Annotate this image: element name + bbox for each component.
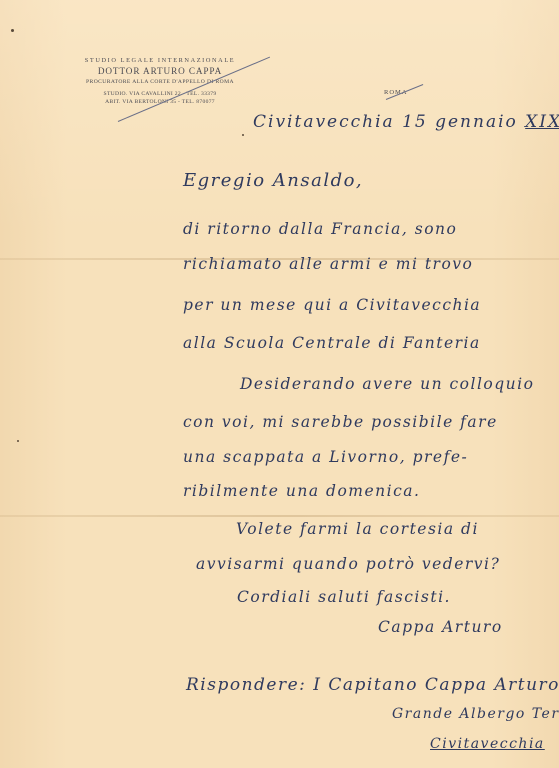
body-line: ribilmente una domenica. (183, 482, 420, 500)
reply-hotel: Grande Albergo Terme (392, 706, 559, 722)
body-line: Desiderando avere un colloquio (240, 375, 534, 393)
body-line: Volete farmi la cortesia di (236, 520, 479, 538)
body-line: per un mese qui a Civitavecchia (183, 296, 481, 314)
reply-instruction: Rispondere: I Capitano Cappa Arturo (186, 675, 559, 695)
paper-speck (242, 134, 244, 136)
date-place-day: Civitavecchia 15 gennaio (253, 112, 525, 132)
paper-speck (17, 440, 19, 442)
letterhead-firm: STUDIO LEGALE INTERNAZIONALE (55, 57, 265, 64)
body-line: di ritorno dalla Francia, sono (183, 220, 457, 238)
signature: Cappa Arturo (378, 618, 503, 636)
closing-line: Cordiali saluti fascisti. (237, 588, 451, 606)
paper-fold-line (0, 515, 559, 517)
letterhead-office-address: STUDIO. VIA CAVALLINI 22 - TEL. 33379 (55, 91, 265, 97)
letter-date: Civitavecchia 15 gennaio XIX (253, 112, 559, 132)
reply-city: Civitavecchia (430, 736, 545, 752)
letterhead: STUDIO LEGALE INTERNAZIONALE DOTTOR ARTU… (55, 57, 265, 107)
body-line: avvisarmi quando potrò vedervi? (196, 555, 500, 573)
body-line: alla Scuola Centrale di Fanteria (183, 334, 481, 352)
body-line: una scappata a Livorno, prefe- (183, 448, 468, 466)
letterhead-title: PROCURATORE ALLA CORTE D'APPELLO DI ROMA (55, 79, 265, 85)
salutation: Egregio Ansaldo, (183, 170, 363, 191)
body-line: richiamato alle armi e mi trovo (183, 255, 473, 273)
letter-page: STUDIO LEGALE INTERNAZIONALE DOTTOR ARTU… (0, 0, 559, 768)
date-year: XIX (525, 112, 559, 132)
paper-speck (11, 29, 14, 32)
body-line: con voi, mi sarebbe possibile fare (183, 413, 498, 431)
